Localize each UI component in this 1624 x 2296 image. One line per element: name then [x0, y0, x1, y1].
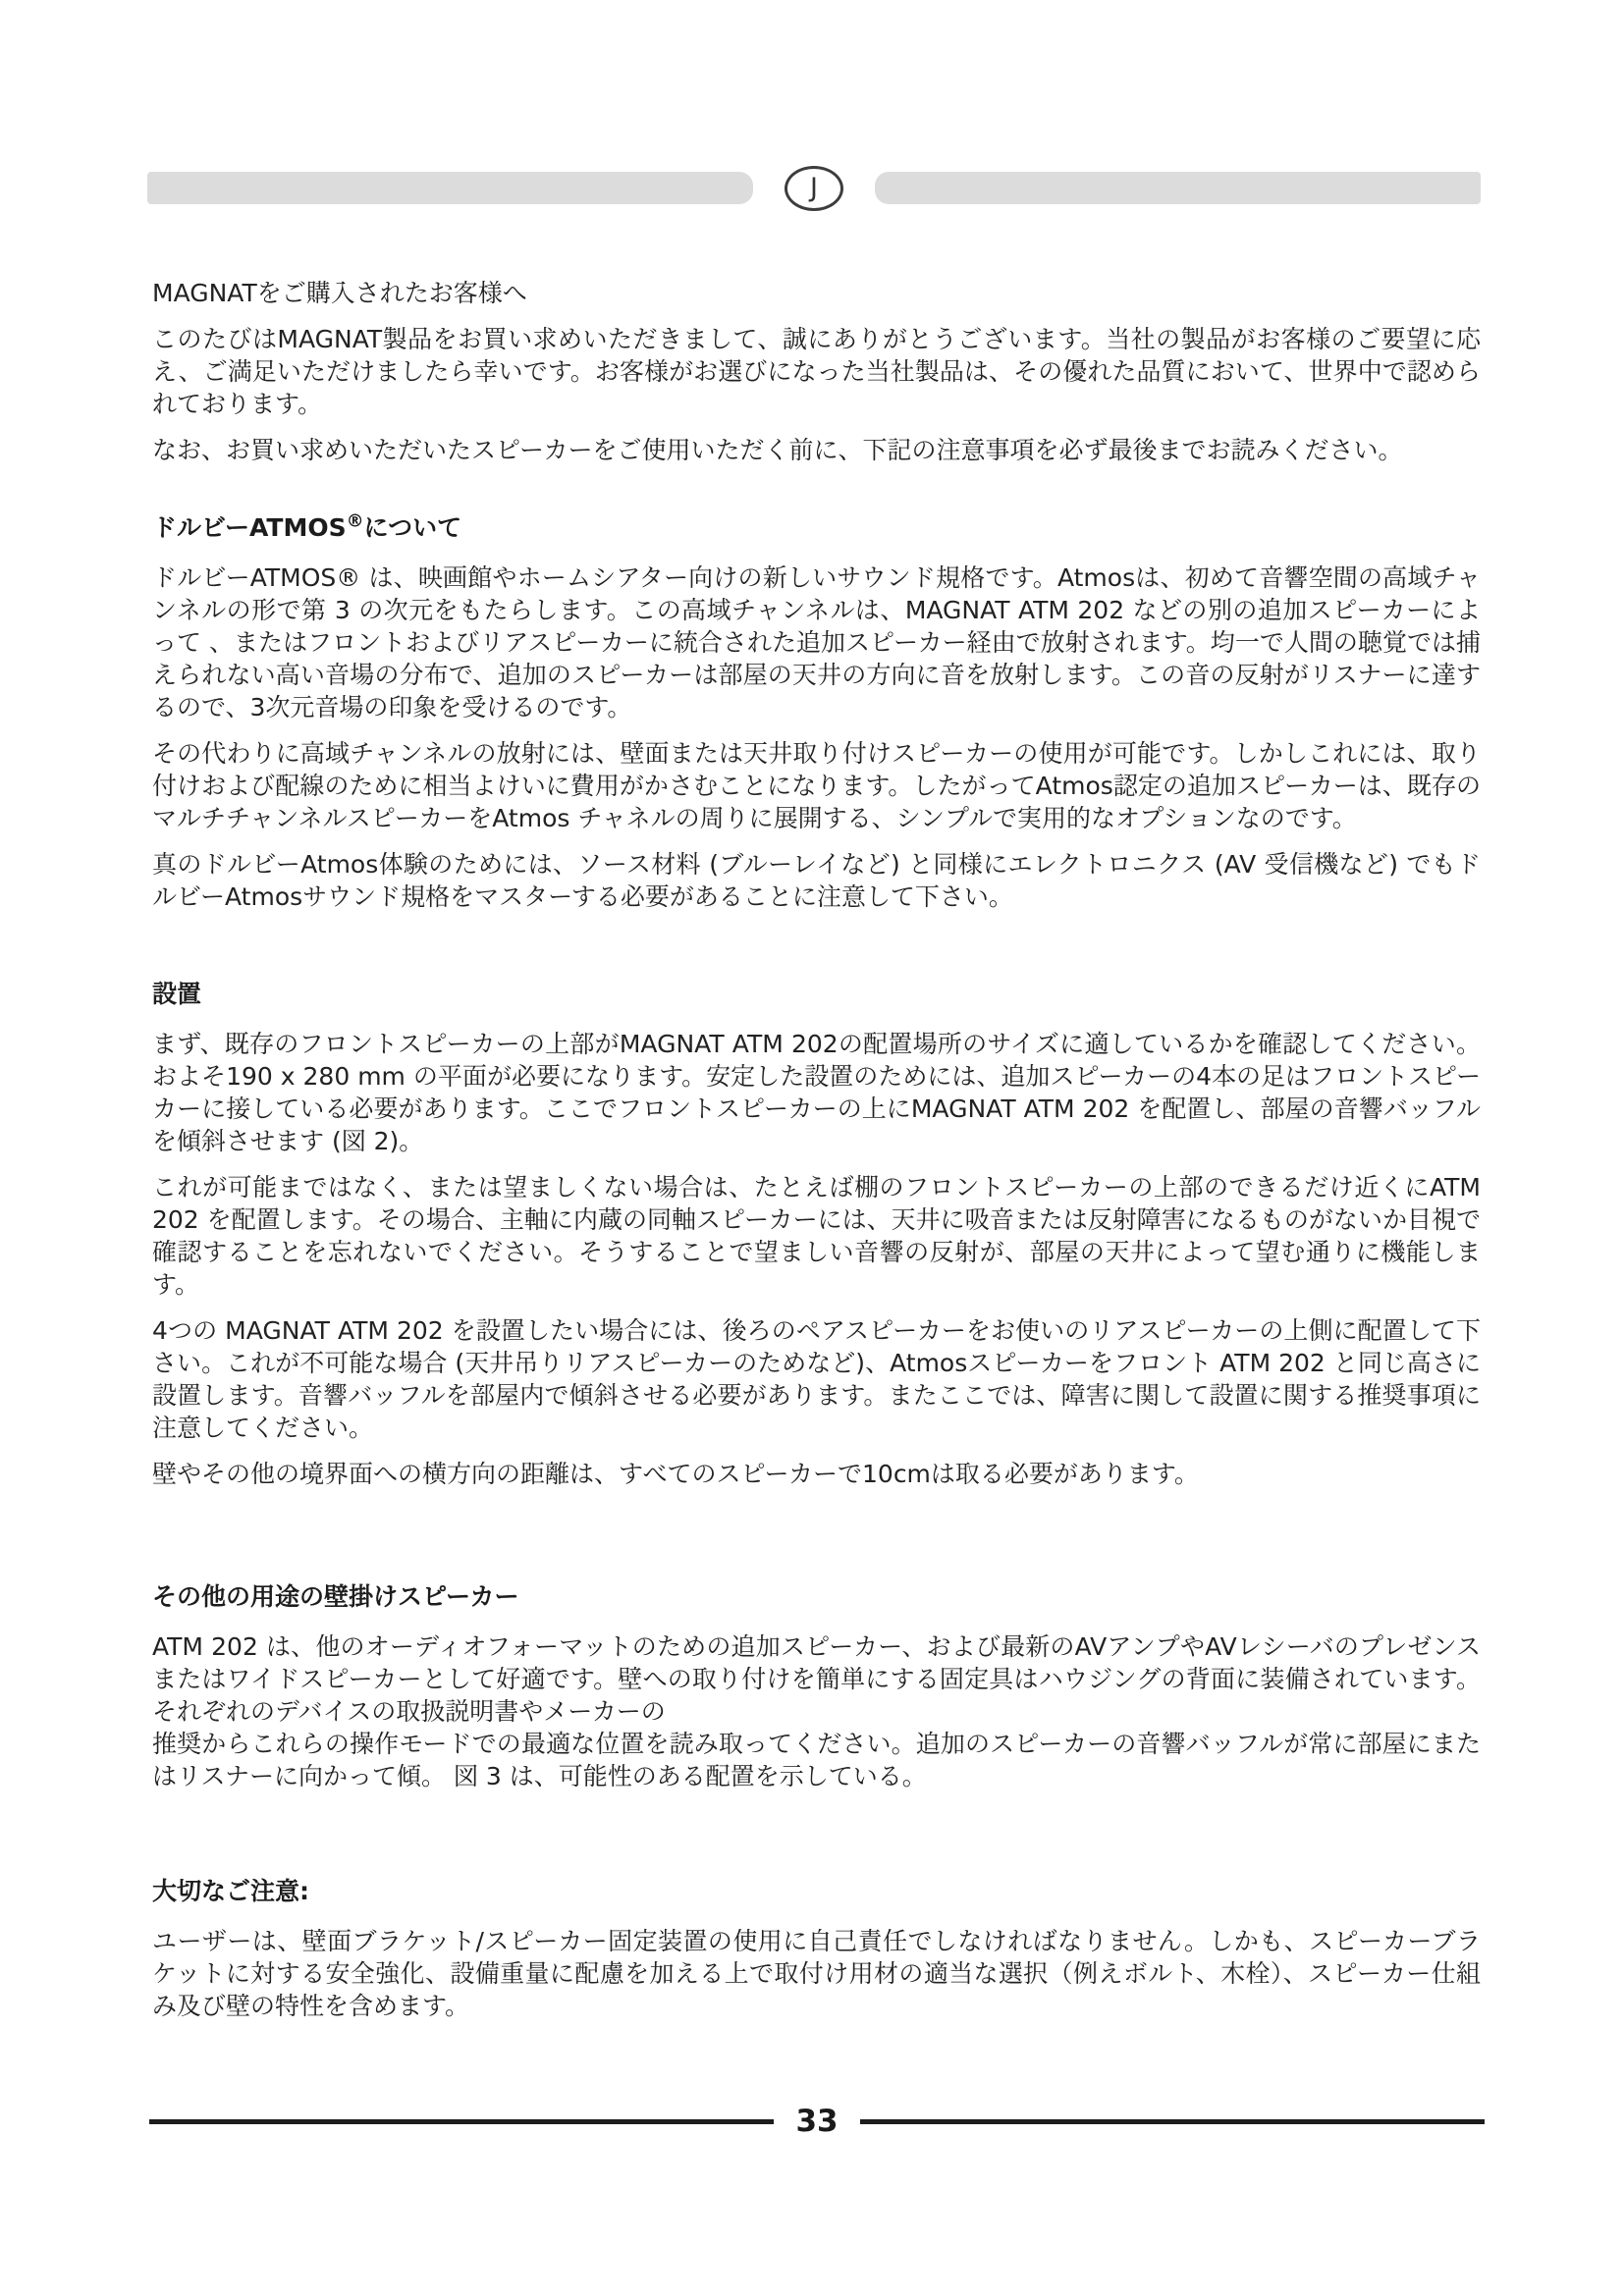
salutation: MAGNATをご購入されたお客様へ	[152, 277, 1481, 309]
section-important-notice: 大切なご注意: ユーザーは、壁面ブラケット/スピーカー固定装置の使用に自己責任で…	[152, 1875, 1481, 2022]
language-badge: J	[785, 166, 843, 211]
footer: 33	[149, 2107, 1485, 2137]
body-paragraph: ATM 202 は、他のオーディオフォーマットのための追加スピーカー、および最新…	[152, 1630, 1481, 1728]
section-heading: 設置	[152, 978, 1481, 1010]
body-paragraph: 推奨からこれらの操作モードでの最適な位置を読み取ってください。追加のスピーカーの…	[152, 1728, 1481, 1792]
document-body: MAGNATをご購入されたお客様へ このたびはMAGNAT製品をお買い求めいただ…	[152, 277, 1481, 2036]
header-band-right-segment	[875, 172, 1481, 204]
body-paragraph: ドルビーATMOS® は、映画館やホームシアター向けの新しいサウンド規格です。A…	[152, 561, 1481, 723]
page-number: 33	[795, 2107, 838, 2137]
section-installation: 設置 まず、既存のフロントスピーカーの上部がMAGNAT ATM 202の配置場…	[152, 978, 1481, 1490]
footer-rule-right	[860, 2119, 1485, 2124]
heading-text: について	[364, 513, 462, 542]
section-heading: その他の用途の壁掛けスピーカー	[152, 1580, 1481, 1613]
body-paragraph: その代わりに高域チャンネルの放射には、壁面または天井取り付けスピーカーの使用が可…	[152, 737, 1481, 834]
header-band-left-segment	[147, 172, 753, 204]
body-paragraph: これが可能まではなく、または望ましくない場合は、たとえば棚のフロントスピーカーの…	[152, 1171, 1481, 1301]
section-wall-mount: その他の用途の壁掛けスピーカー ATM 202 は、他のオーディオフォーマットの…	[152, 1580, 1481, 1792]
body-paragraph: 真のドルビーAtmos体験のためには、ソース材料 (ブルーレイなど) と同様にエ…	[152, 848, 1481, 913]
header-band: J	[147, 172, 1481, 204]
intro-paragraph: このたびはMAGNAT製品をお買い求めいただきまして、誠にありがとうございます。…	[152, 323, 1481, 420]
intro-paragraph: なお、お買い求めいただいたスピーカーをご使用いただく前に、下記の注意事項を必ず最…	[152, 434, 1481, 466]
body-paragraph: 壁やその他の境界面への横方向の距離は、すべてのスピーカーで10cmは取る必要があ…	[152, 1458, 1481, 1490]
section-dolby-atmos: ドルビーATMOS®について ドルビーATMOS® は、映画館やホームシアター向…	[152, 511, 1481, 913]
body-paragraph: ユーザーは、壁面ブラケット/スピーカー固定装置の使用に自己責任でしなければなりま…	[152, 1925, 1481, 2022]
language-badge-letter: J	[810, 173, 818, 203]
body-paragraph: 4つの MAGNAT ATM 202 を設置したい場合には、後ろのペアスピーカー…	[152, 1314, 1481, 1444]
section-heading: 大切なご注意:	[152, 1875, 1481, 1907]
section-heading: ドルビーATMOS®について	[152, 511, 1481, 544]
registered-mark: ®	[347, 511, 364, 532]
body-paragraph: まず、既存のフロントスピーカーの上部がMAGNAT ATM 202の配置場所のサ…	[152, 1028, 1481, 1157]
footer-rule-left	[149, 2119, 774, 2124]
heading-text: ドルビーATMOS	[152, 513, 347, 542]
